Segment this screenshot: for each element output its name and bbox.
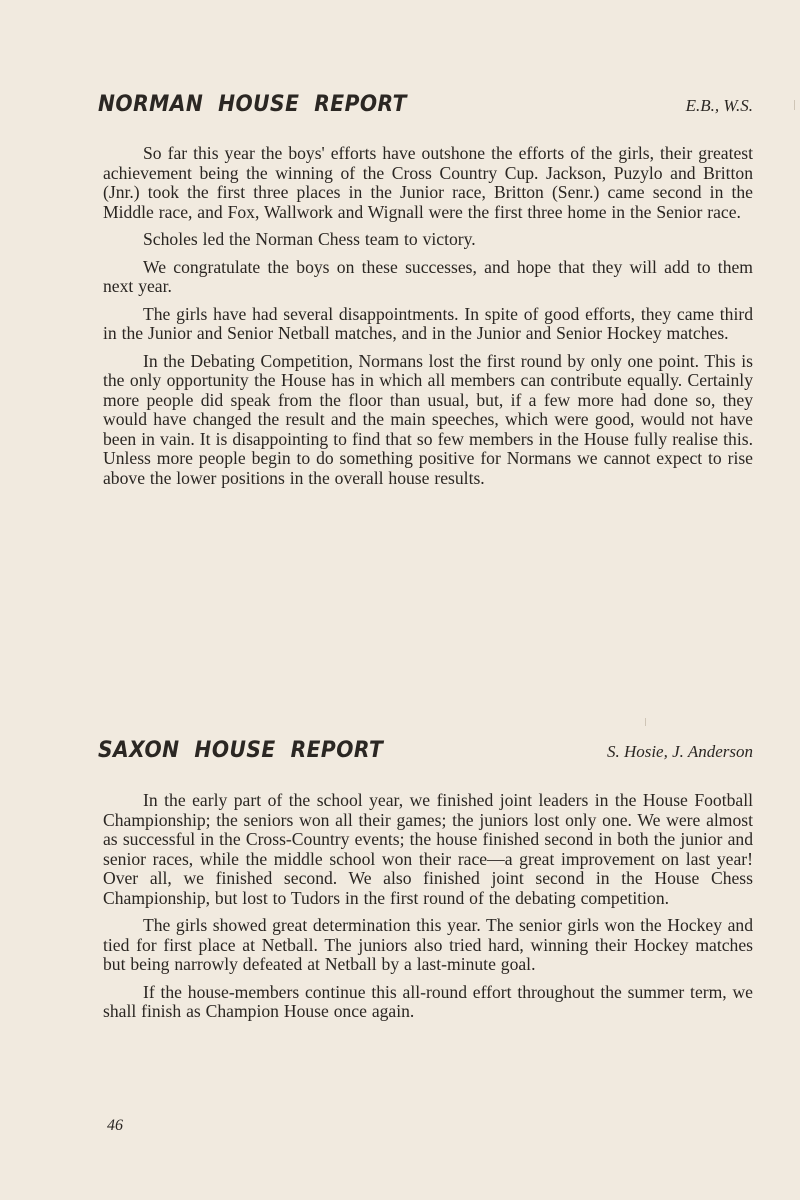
document-page: NORMAN HOUSE REPORT E.B., W.S. So far th… [0, 0, 800, 1200]
saxon-paragraph-2: The girls showed great determination thi… [103, 916, 753, 975]
saxon-report-authors: S. Hosie, J. Anderson [607, 742, 753, 762]
saxon-house-report: SAXON HOUSE REPORT S. Hosie, J. Anderson… [103, 738, 753, 1030]
norman-report-authors: E.B., W.S. [686, 96, 753, 116]
norman-report-header: NORMAN HOUSE REPORT E.B., W.S. [103, 92, 753, 132]
norman-report-body: So far this year the boys' efforts have … [103, 144, 753, 488]
page-number: 46 [107, 1117, 123, 1135]
norman-report-title: NORMAN HOUSE REPORT [98, 92, 407, 117]
saxon-report-header: SAXON HOUSE REPORT S. Hosie, J. Anderson [103, 738, 753, 778]
paper-speck [645, 718, 646, 726]
paper-speck [794, 100, 795, 110]
norman-paragraph-1: So far this year the boys' efforts have … [103, 144, 753, 222]
norman-paragraph-5: In the Debating Competition, Normans los… [103, 352, 753, 489]
norman-house-report: NORMAN HOUSE REPORT E.B., W.S. So far th… [103, 92, 753, 496]
saxon-paragraph-3: If the house-members continue this all-r… [103, 983, 753, 1022]
saxon-report-body: In the early part of the school year, we… [103, 791, 753, 1022]
saxon-paragraph-1: In the early part of the school year, we… [103, 791, 753, 908]
norman-paragraph-2: Scholes led the Norman Chess team to vic… [103, 230, 753, 250]
norman-paragraph-3: We congratulate the boys on these succes… [103, 258, 753, 297]
saxon-report-title: SAXON HOUSE REPORT [98, 738, 383, 763]
norman-paragraph-4: The girls have had several disappointmen… [103, 305, 753, 344]
